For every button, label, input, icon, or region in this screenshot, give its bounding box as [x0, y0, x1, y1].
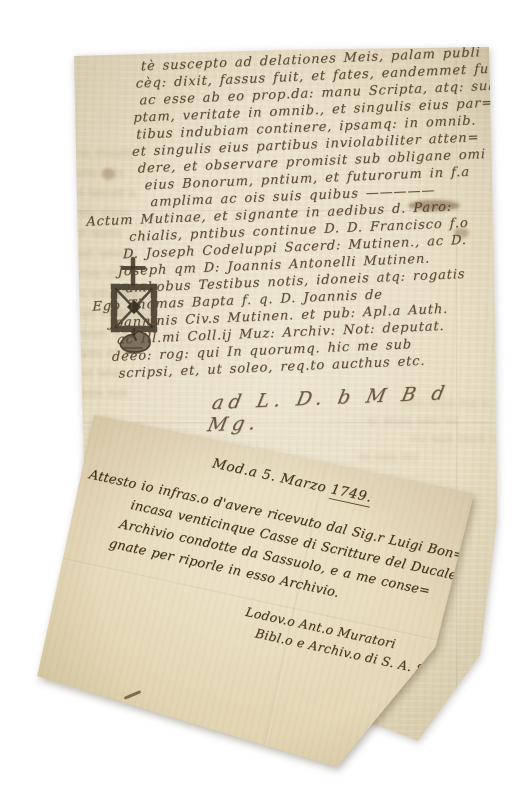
ink-stain — [454, 228, 469, 238]
ghost-line: sim one vurm — [74, 166, 124, 186]
ghost-line: one num ie sv — [74, 366, 121, 386]
receipt-body: Attesto io infras.o d'avere ricevuto dal… — [73, 467, 464, 630]
ghost-line: nuum sone mi anes — [74, 146, 132, 166]
latin-text-block: tè suscepto ad delationes Meis, palam pu… — [123, 45, 496, 384]
photo-of-manuscripts: nuum sone mi anessim one vurma mone nu s… — [0, 0, 530, 800]
ink-stain — [124, 690, 142, 699]
date-year-underlined: 1749. — [329, 481, 374, 507]
ink-stain — [102, 168, 115, 180]
ink-stain — [408, 200, 460, 211]
ghost-line: mn sue vone — [74, 386, 128, 406]
date-place-prefix: Mod.a 5. Marzo — [211, 455, 333, 496]
ghost-line: e mon sue vn — [298, 432, 498, 450]
